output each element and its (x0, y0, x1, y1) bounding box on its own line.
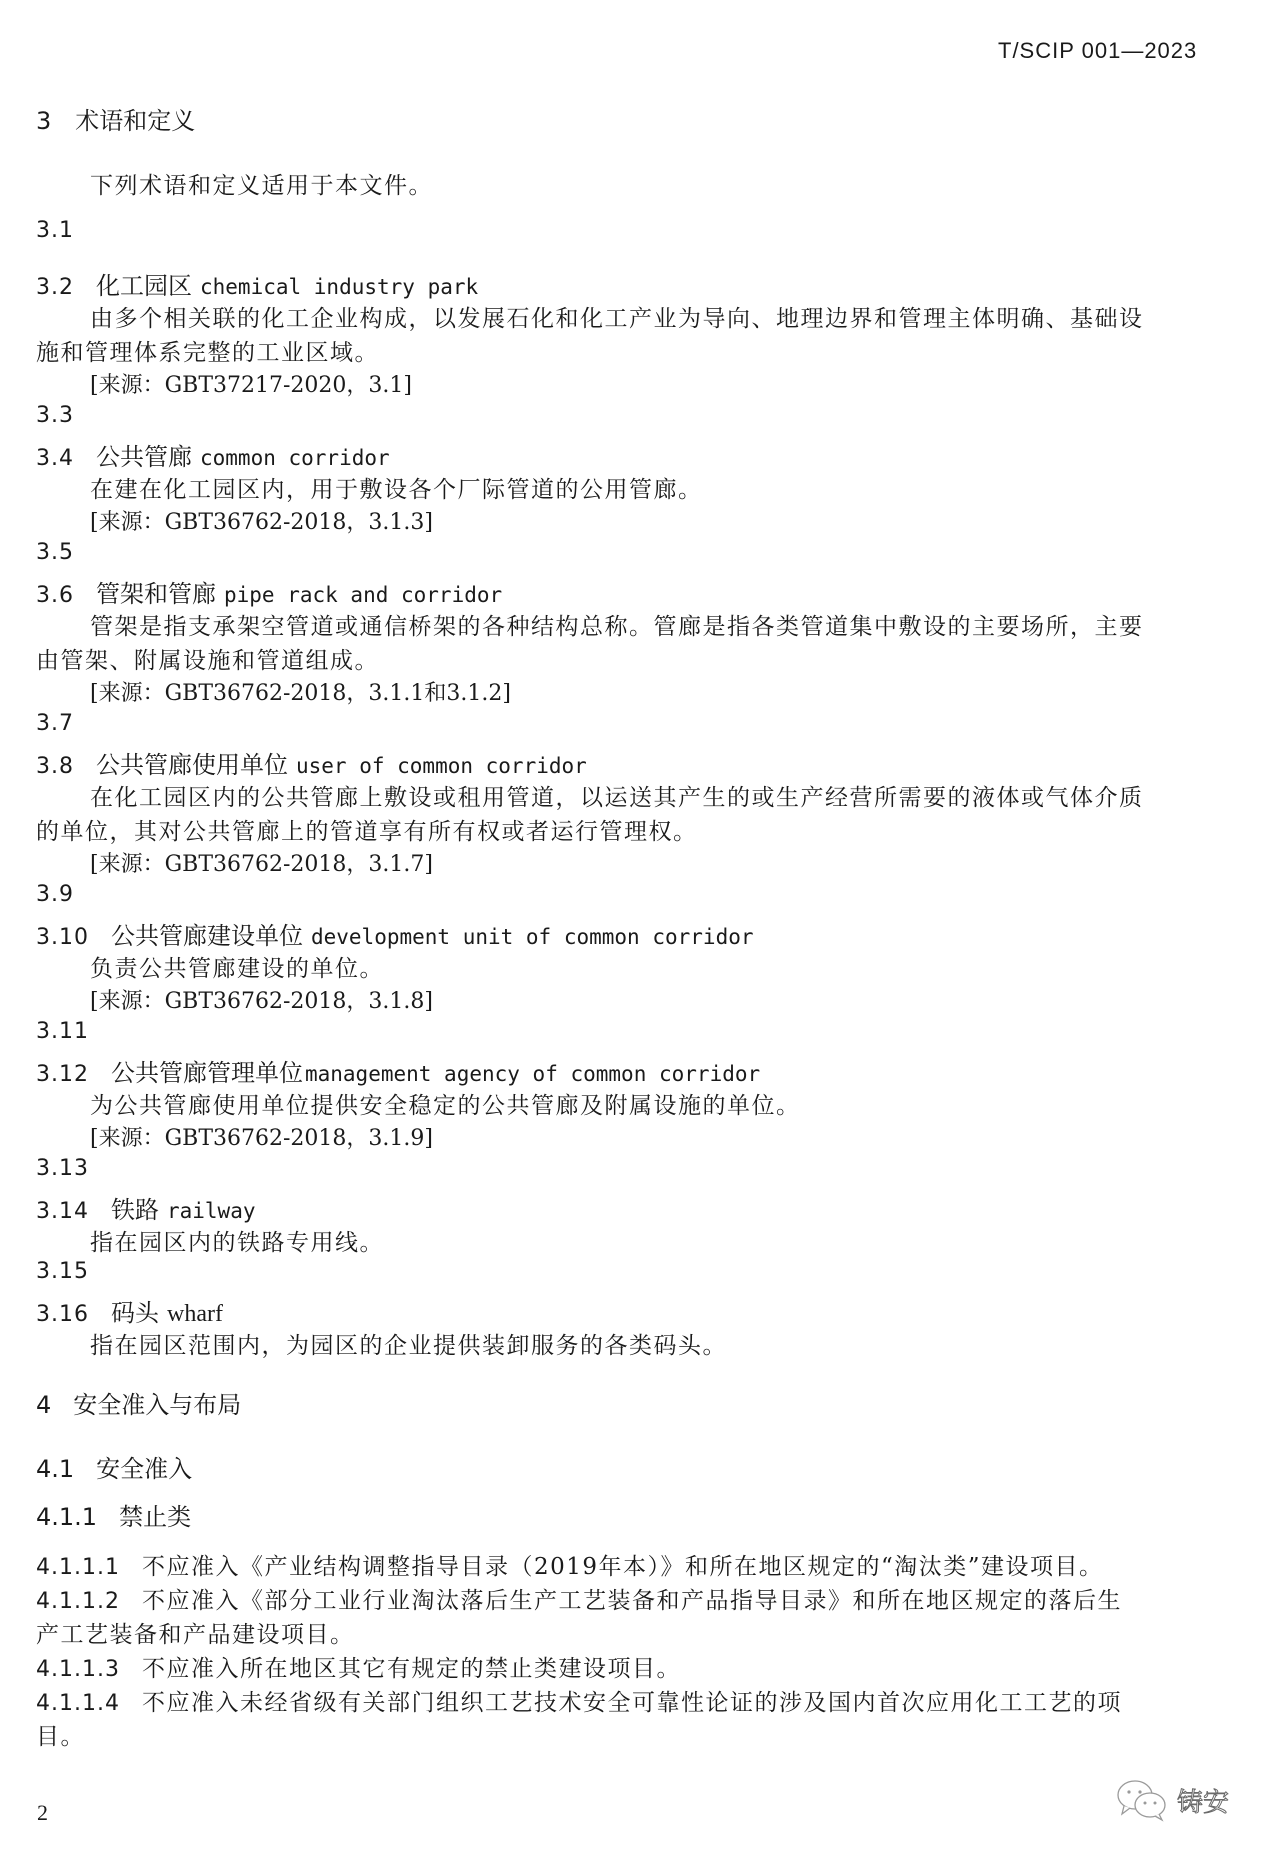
clause-number: 3.15 (36, 1259, 89, 1284)
clause-text: 不应准入未经省级有关部门组织工艺技术安全可靠性论证的涉及国内首次应用化工工艺的项 (142, 1690, 1122, 1716)
term-cn: 公共管廊管理单位 (111, 1059, 303, 1087)
source-citation: [来源：GBT36762-2018，3.1.7] (90, 847, 433, 878)
clause-number: 3.12 (36, 1062, 89, 1087)
source-citation: [来源：GBT36762-2018，3.1.1和3.1.2] (90, 676, 511, 707)
source-citation: [来源：GBT36762-2018，3.1.8] (90, 984, 433, 1015)
term-en: railway (167, 1199, 256, 1223)
clause-number: 3.3 (36, 403, 74, 428)
term-en: chemical industry park (200, 275, 478, 299)
source-citation: [来源：GBT36762-2018，3.1.9] (90, 1121, 433, 1152)
clause-number: 3.6 (36, 583, 74, 608)
definition-line: 负责公共管廊建设的单位。 (90, 950, 384, 983)
term-cn: 公共管廊 (96, 443, 192, 471)
section-number: 4 (36, 1391, 51, 1419)
clause-number: 3.13 (36, 1156, 89, 1181)
term-cn: 公共管廊建设单位 (111, 922, 303, 950)
clause-number: 3.11 (36, 1019, 89, 1044)
term-heading: 3.6管架和管廊pipe rack and corridor (36, 574, 502, 609)
term-en: user of common corridor (296, 754, 587, 778)
clause-number: 3.14 (36, 1199, 89, 1224)
source-citation: [来源：GBT37217-2020，3.1] (90, 368, 412, 399)
watermark-text: 铸安 (1177, 1782, 1229, 1819)
clause-number: 3.9 (36, 882, 74, 907)
wechat-icon (1115, 1778, 1169, 1822)
section-4-heading: 4安全准入与布局 (36, 1385, 241, 1420)
term-en: wharf (167, 1301, 223, 1327)
term-heading: 3.4公共管廊common corridor (36, 437, 390, 472)
subsubsection-heading: 4.1.1禁止类 (36, 1497, 191, 1532)
term-heading: 3.2化工园区chemical industry park (36, 266, 478, 301)
section-number: 3 (36, 107, 51, 135)
wechat-watermark: 铸安 (1115, 1778, 1229, 1822)
clause-number: 3.7 (36, 711, 74, 736)
term-en: common corridor (200, 446, 390, 470)
definition-line: 在化工园区内的公共管廊上敷设或租用管道，以运送其产生的或生产经营所需要的液体或气… (90, 779, 1144, 812)
section-intro: 下列术语和定义适用于本文件。 (90, 167, 433, 200)
section-title: 术语和定义 (75, 107, 195, 135)
clause-number: 4.1.1.3 (36, 1657, 120, 1682)
document-code: T/SCIP 001—2023 (998, 38, 1197, 64)
source-citation: [来源：GBT36762-2018，3.1.3] (90, 505, 433, 536)
subsection-title: 安全准入 (96, 1455, 192, 1483)
subsubsection-number: 4.1.1 (36, 1503, 97, 1531)
clause-number: 3.10 (36, 925, 89, 950)
clause-number: 3.4 (36, 446, 74, 471)
term-cn: 化工园区 (96, 272, 192, 300)
definition-line: 为公共管廊使用单位提供安全稳定的公共管廊及附属设施的单位。 (90, 1087, 801, 1120)
term-heading: 3.10公共管廊建设单位development unit of common c… (36, 916, 754, 951)
definition-line: 在建在化工园区内，用于敷设各个厂际管道的公用管廊。 (90, 471, 703, 504)
clause-number: 4.1.1.1 (36, 1555, 120, 1580)
term-en: pipe rack and corridor (224, 583, 502, 607)
term-heading: 3.12公共管廊管理单位management agency of common … (36, 1053, 760, 1088)
clause-number: 4.1.1.2 (36, 1589, 120, 1614)
clause-text: 不应准入《产业结构调整指导目录（2019年本）》和所在地区规定的“淘汰类”建设项… (142, 1554, 1104, 1580)
clause-number: 4.1.1.4 (36, 1691, 120, 1716)
definition-line: 施和管理体系完整的工业区域。 (36, 334, 379, 367)
term-en: management agency of common corridor (305, 1062, 760, 1086)
clause: 4.1.1.2不应准入《部分工业行业淘汰落后生产工艺装备和产品指导目录》和所在地… (36, 1582, 1122, 1615)
term-heading: 3.14铁路railway (36, 1190, 256, 1225)
definition-line: 指在园区范围内，为园区的企业提供装卸服务的各类码头。 (90, 1327, 727, 1360)
page-number: 2 (37, 1800, 48, 1826)
definition-line: 的单位，其对公共管廊上的管道享有所有权或者运行管理权。 (36, 813, 698, 846)
definition-line: 由多个相关联的化工企业构成，以发展石化和化工产业为导向、地理边界和管理主体明确、… (90, 300, 1144, 333)
clause-text: 产工艺装备和产品建设项目。 (36, 1616, 355, 1649)
term-cn: 公共管廊使用单位 (96, 751, 288, 779)
term-cn: 管架和管廊 (96, 580, 216, 608)
term-cn: 码头 (111, 1299, 159, 1327)
section-title: 安全准入与布局 (73, 1391, 241, 1419)
clause-text: 不应准入所在地区其它有规定的禁止类建设项目。 (142, 1656, 681, 1682)
definition-line: 由管架、附属设施和管道组成。 (36, 642, 379, 675)
term-heading: 3.16码头wharf (36, 1293, 223, 1328)
subsubsection-title: 禁止类 (119, 1503, 191, 1531)
clause: 4.1.1.4不应准入未经省级有关部门组织工艺技术安全可靠性论证的涉及国内首次应… (36, 1684, 1122, 1717)
subsection-heading: 4.1安全准入 (36, 1449, 192, 1484)
clause-number: 3.5 (36, 540, 74, 565)
clause: 4.1.1.3不应准入所在地区其它有规定的禁止类建设项目。 (36, 1650, 681, 1683)
clause-text: 目。 (36, 1718, 85, 1751)
clause-number: 3.8 (36, 754, 74, 779)
term-en: development unit of common corridor (311, 925, 754, 949)
clause-text: 不应准入《部分工业行业淘汰落后生产工艺装备和产品指导目录》和所在地区规定的落后生 (142, 1588, 1122, 1614)
term-heading: 3.8公共管廊使用单位user of common corridor (36, 745, 587, 780)
clause-number: 3.2 (36, 275, 74, 300)
clause-number: 3.16 (36, 1302, 89, 1327)
section-3-heading: 3术语和定义 (36, 101, 195, 136)
term-cn: 铁路 (111, 1196, 159, 1224)
clause-number: 3.1 (36, 218, 74, 243)
definition-line: 指在园区内的铁路专用线。 (90, 1224, 384, 1257)
clause: 4.1.1.1不应准入《产业结构调整指导目录（2019年本）》和所在地区规定的“… (36, 1548, 1104, 1581)
definition-line: 管架是指支承架空管道或通信桥架的各种结构总称。管廊是指各类管道集中敷设的主要场所… (90, 608, 1144, 641)
subsection-number: 4.1 (36, 1455, 74, 1483)
